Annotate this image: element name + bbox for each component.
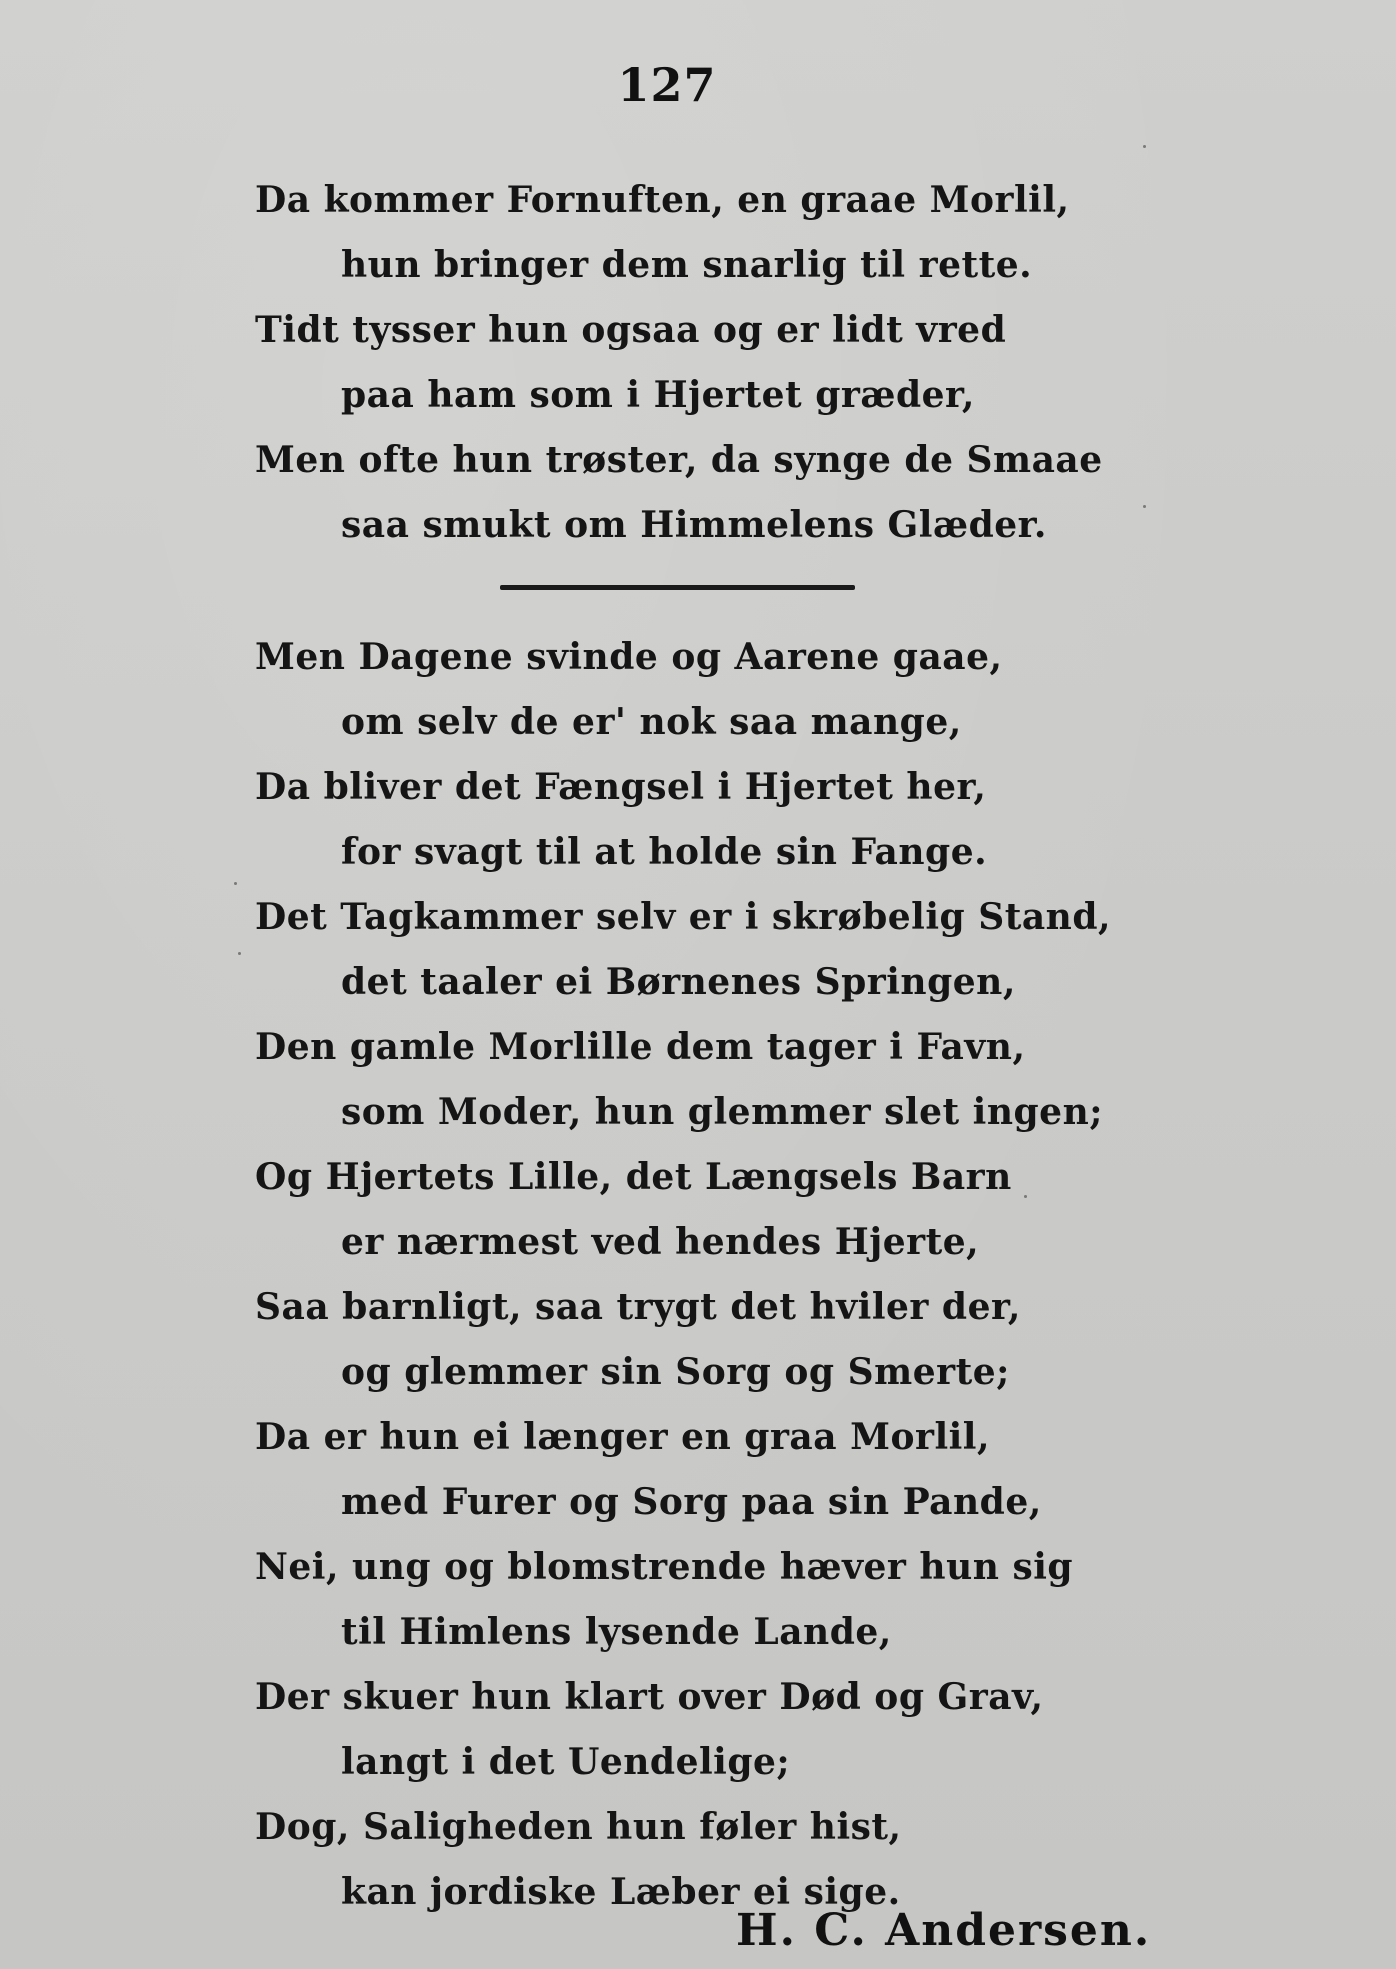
verse-line: Saa barnligt, saa trygt det hviler der, (255, 1275, 1155, 1340)
verse-line: saa smukt om Himmelens Glæder. (255, 493, 1155, 558)
verse-line: Da bliver det Fængsel i Hjertet her, (255, 755, 1155, 820)
verse-line: Men Dagene svinde og Aarene gaae, (255, 625, 1155, 690)
verse-line: om selv de er' nok saa mange, (255, 690, 1155, 755)
paper-speck (1143, 505, 1146, 508)
verse-line: som Moder, hun glemmer slet ingen; (255, 1080, 1155, 1145)
page-number: 127 (0, 58, 1334, 112)
verse-line: paa ham som i Hjertet græder, (255, 363, 1155, 428)
verse-line: for svagt til at holde sin Fange. (255, 820, 1155, 885)
verse-line: Da er hun ei længer en graa Morlil, (255, 1405, 1155, 1470)
verse-line: Den gamle Morlille dem tager i Favn, (255, 1015, 1155, 1080)
stanza-2: Men Dagene svinde og Aarene gaae, om sel… (255, 625, 1155, 1925)
author-signature: H. C. Andersen. (736, 1905, 1151, 1956)
verse-line: og glemmer sin Sorg og Smerte; (255, 1340, 1155, 1405)
verse-line: Da kommer Fornuften, en graae Morlil, (255, 168, 1155, 233)
verse-line: Tidt tysser hun ogsaa og er lidt vred (255, 298, 1155, 363)
verse-line: til Himlens lysende Lande, (255, 1600, 1155, 1665)
verse-line: Der skuer hun klart over Død og Grav, (255, 1665, 1155, 1730)
verse-line: med Furer og Sorg paa sin Pande, (255, 1470, 1155, 1535)
verse-line: hun bringer dem snarlig til rette. (255, 233, 1155, 298)
verse-line: Nei, ung og blomstrende hæver hun sig (255, 1535, 1155, 1600)
verse-line: langt i det Uendelige; (255, 1730, 1155, 1795)
paper-speck (234, 882, 237, 885)
verse-line: Og Hjertets Lille, det Længsels Barn (255, 1145, 1155, 1210)
verse-line: Dog, Saligheden hun føler hist, (255, 1795, 1155, 1860)
verse-line: er nærmest ved hendes Hjerte, (255, 1210, 1155, 1275)
stanza-1: Da kommer Fornuften, en graae Morlil, hu… (255, 168, 1155, 558)
section-divider-rule (500, 585, 855, 590)
verse-line: Men ofte hun trøster, da synge de Smaae (255, 428, 1155, 493)
verse-line: det taaler ei Børnenes Springen, (255, 950, 1155, 1015)
verse-line: Det Tagkammer selv er i skrøbelig Stand, (255, 885, 1155, 950)
paper-speck (238, 952, 241, 955)
paper-speck (1024, 1195, 1027, 1198)
book-page: 127 Da kommer Fornuften, en graae Morlil… (0, 0, 1396, 1969)
paper-speck (1143, 145, 1146, 148)
